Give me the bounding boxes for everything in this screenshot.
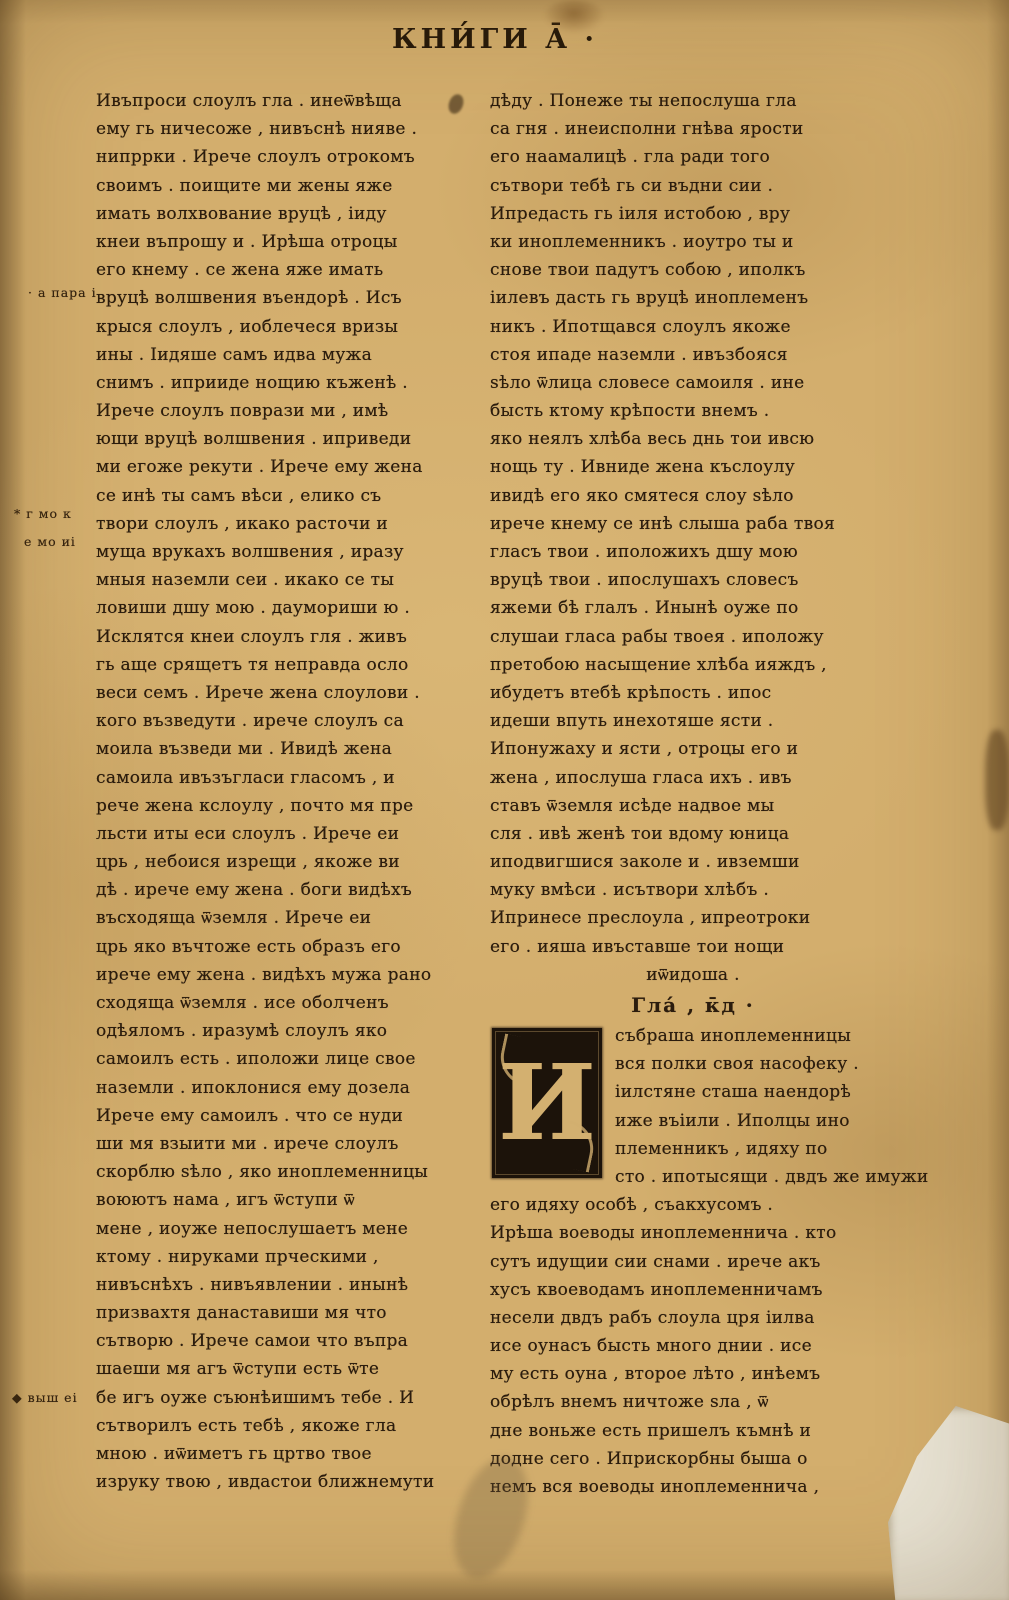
text-line: нощь ту . Ивниде жена къслоулу [490, 453, 896, 481]
text-line: Ирече слоулъ поврази ми , имѣ [96, 397, 488, 425]
text-line: моила възведи ми . Ивидѣ жена [96, 735, 488, 763]
text-line: бысть ктому крѣпости внемъ . [490, 397, 896, 425]
text-line: ющи вруцѣ волшвения . иприведи [96, 425, 488, 453]
text-line: мною . иѿиметъ гь цртво твое [96, 1440, 488, 1468]
text-line: му есть оуна , второе лѣто , инѣемъ [490, 1360, 896, 1388]
text-line: одѣяломъ . иразумѣ слоулъ яко [96, 1017, 488, 1045]
paper-repair-patch [888, 1406, 1009, 1600]
text-line: воюютъ нама , игъ ѿступи ѿ [96, 1186, 488, 1214]
text-line: муку вмѣси . исътвори хлѣбъ . [490, 876, 896, 904]
text-line: ему гь ничесоже , нивъснѣ нияве . [96, 115, 488, 143]
text-line: слушаи гласа рабы твоея . иположу [490, 623, 896, 651]
chapter-paragraph: И събраша иноплеменницывся полки своя на… [490, 1022, 896, 1501]
text-line: ибудетъ втебѣ крѣпость . ипос [490, 679, 896, 707]
text-line: льсти иты еси слоулъ . Ирече еи [96, 820, 488, 848]
text-line: сътворю . Ирече самои что въпра [96, 1327, 488, 1355]
text-line: ивидѣ его яко смятеся слоу ѕѣло [490, 482, 896, 510]
text-line: кнеи въпрошу и . Ирѣша отроцы [96, 228, 488, 256]
text-line: самоилъ есть . иположи лице свое [96, 1045, 488, 1073]
text-line: гласъ твои . иположихъ дшу мою [490, 538, 896, 566]
text-line: наземли . ипоклонися ему дозела [96, 1074, 488, 1102]
text-line: ловиши дшу мою . даумориши ю . [96, 594, 488, 622]
paragraph-block: дѣду . Понеже ты непослуша гласа гня . и… [490, 87, 896, 961]
text-line: сходяща ѿземля . исе оболченъ [96, 989, 488, 1017]
text-line: дѣду . Понеже ты непослуша гла [490, 87, 896, 115]
text-line: сутъ идущии сии снами . ирече акъ [490, 1248, 896, 1276]
text-line: никъ . Ипотщався слоулъ якоже [490, 313, 896, 341]
text-line: рече жена кслоулу , почто мя пре [96, 792, 488, 820]
text-line: веси семъ . Ирече жена слоулови . [96, 679, 488, 707]
text-line: хусъ квоеводамъ иноплеменничамъ [490, 1276, 896, 1304]
margin-note-reference: · а пара і [28, 285, 97, 300]
text-line: идеши впуть инехотяше ясти . [490, 707, 896, 735]
text-line: сля . ивѣ женѣ тои вдому юница [490, 820, 896, 848]
text-line: стоя ипаде наземли . ивъзбояся [490, 341, 896, 369]
margin-note-reference: е мо иі [24, 534, 76, 549]
text-line: са гня . инеисполни гнѣва ярости [490, 115, 896, 143]
text-line: ѕѣло ѿлица словесе самоиля . ине [490, 369, 896, 397]
text-line: црь яко въчтоже есть образъ его [96, 933, 488, 961]
text-line: нивъснѣхъ . нивъявлении . инынѣ [96, 1271, 488, 1299]
text-line: гь аще срящетъ тя неправда осло [96, 651, 488, 679]
text-line: Ивъпроси слоулъ гла . инеѿвѣща [96, 87, 488, 115]
edge-smudge [985, 730, 1009, 830]
text-column-left: Ивъпроси слоулъ гла . инеѿвѣщаему гь нич… [96, 87, 488, 1496]
text-line: Исклятся кнеи слоулъ гля . живъ [96, 623, 488, 651]
text-line: шаеши мя агъ ѿступи есть ѿте [96, 1355, 488, 1383]
text-line: сътворилъ есть тебѣ , якоже гла [96, 1412, 488, 1440]
text-line: муща врукахъ волшвения , иразу [96, 538, 488, 566]
text-line: нипррки . Ирече слоулъ отрокомъ [96, 143, 488, 171]
text-line: црь , небоися изрещи , якоже ви [96, 848, 488, 876]
chapter-heading: Гла́ , к̄д · [490, 989, 896, 1022]
text-line: ставъ ѿземля исѣде надвое мы [490, 792, 896, 820]
text-line: Ирече ему самоилъ . что се нуди [96, 1102, 488, 1130]
text-line: іилевъ дасть гь вруцѣ иноплеменъ [490, 284, 896, 312]
woodcut-initial: И [492, 1028, 602, 1178]
text-line: ины . Іидяше самъ идва мужа [96, 341, 488, 369]
text-line: снимъ . иприиде нощию къженѣ . [96, 369, 488, 397]
text-line: мене , иоуже непослушаетъ мене [96, 1215, 488, 1243]
text-line: сътвори тебѣ гь си въдни сии . [490, 172, 896, 200]
text-line: Ипредасть гь іиля истобою , вру [490, 200, 896, 228]
running-head: КНИ́ГИ А̄ · [0, 24, 990, 55]
text-line: жена , ипослуша гласа ихъ . ивъ [490, 764, 896, 792]
text-line: твори слоулъ , икако расточи и [96, 510, 488, 538]
text-line: его наамалицѣ . гла ради того [490, 143, 896, 171]
text-line: въсходяща ѿземля . Ирече еи [96, 904, 488, 932]
text-line: Ипринесе преслоула , ипреотроки [490, 904, 896, 932]
text-line: его кнему . се жена яже имать [96, 256, 488, 284]
text-line: ми егоже рекути . Ирече ему жена [96, 453, 488, 481]
text-line: яжеми бѣ глалъ . Инынѣ оуже по [490, 594, 896, 622]
text-line: мныя наземли сеи . икако се ты [96, 566, 488, 594]
text-line: дне воньже есть пришелъ къмнѣ и [490, 1417, 896, 1445]
text-line: его . ияша ивъставше тои нощи [490, 933, 896, 961]
text-line: претобою насыщение хлѣба ияждъ , [490, 651, 896, 679]
text-line: его идяху особѣ , съакхусомъ . [490, 1191, 896, 1219]
text-line: се инѣ ты самъ вѣси , елико съ [96, 482, 488, 510]
book-page: КНИ́ГИ А̄ · · а пара і * г мо к е мо иі … [0, 0, 1009, 1600]
text-line: Ирѣша воеводы иноплеменнича . кто [490, 1219, 896, 1247]
text-line: имать волхвование вруцѣ , іиду [96, 200, 488, 228]
text-line: ирече кнему се инѣ слыша раба твоя [490, 510, 896, 538]
text-line: бе игъ оуже съюнѣишимъ тебе . И [96, 1384, 488, 1412]
text-line: несели двдъ рабъ слоула цря іилва [490, 1304, 896, 1332]
text-line: ши мя взыити ми . ирече слоулъ [96, 1130, 488, 1158]
paragraph-closing-line: иѿидоша . [490, 961, 896, 989]
text-line: вруцѣ волшвения въендорѣ . Исъ [96, 284, 488, 312]
text-line: исе оунасъ бысть много днии . исе [490, 1332, 896, 1360]
text-line: ирече ему жена . видѣхъ мужа рано [96, 961, 488, 989]
text-line: призвахтя данаставиши мя что [96, 1299, 488, 1327]
text-line: крыся слоулъ , иоблечеся вризы [96, 313, 488, 341]
text-line: самоила ивъзъгласи гласомъ , и [96, 764, 488, 792]
text-line: иподвигшися заколе и . ивземши [490, 848, 896, 876]
text-line: обрѣлъ внемъ ничтоже ѕла , ѿ [490, 1388, 896, 1416]
margin-note-reference: * г мо к [14, 506, 72, 521]
text-line: дѣ . ирече ему жена . боги видѣхъ [96, 876, 488, 904]
drop-cap-letter: И [492, 1028, 602, 1178]
text-line: изруку твою , ивдастои ближнемути [96, 1468, 488, 1496]
text-line: немъ вся воеводы иноплеменнича , [490, 1473, 896, 1501]
text-column-right: дѣду . Понеже ты непослуша гласа гня . и… [490, 87, 896, 1501]
text-line: Ипонужаху и ясти , отроцы его и [490, 735, 896, 763]
text-line: ки иноплеменникъ . иоутро ты и [490, 228, 896, 256]
margin-note-reference: ◆ выш еі [12, 1390, 78, 1405]
text-line: кого възведути . ирече слоулъ са [96, 707, 488, 735]
text-line: скорблю ѕѣло , яко иноплеменницы [96, 1158, 488, 1186]
text-line: снове твои падутъ собою , иполкъ [490, 256, 896, 284]
text-line: своимъ . поищите ми жены яже [96, 172, 488, 200]
text-line: додне сего . Иприскорбны быша о [490, 1445, 896, 1473]
text-line: ктому . нируками прческими , [96, 1243, 488, 1271]
text-line: вруцѣ твои . ипослушахъ словесъ [490, 566, 896, 594]
text-line: яко неялъ хлѣба весь днь тои ивсю [490, 425, 896, 453]
